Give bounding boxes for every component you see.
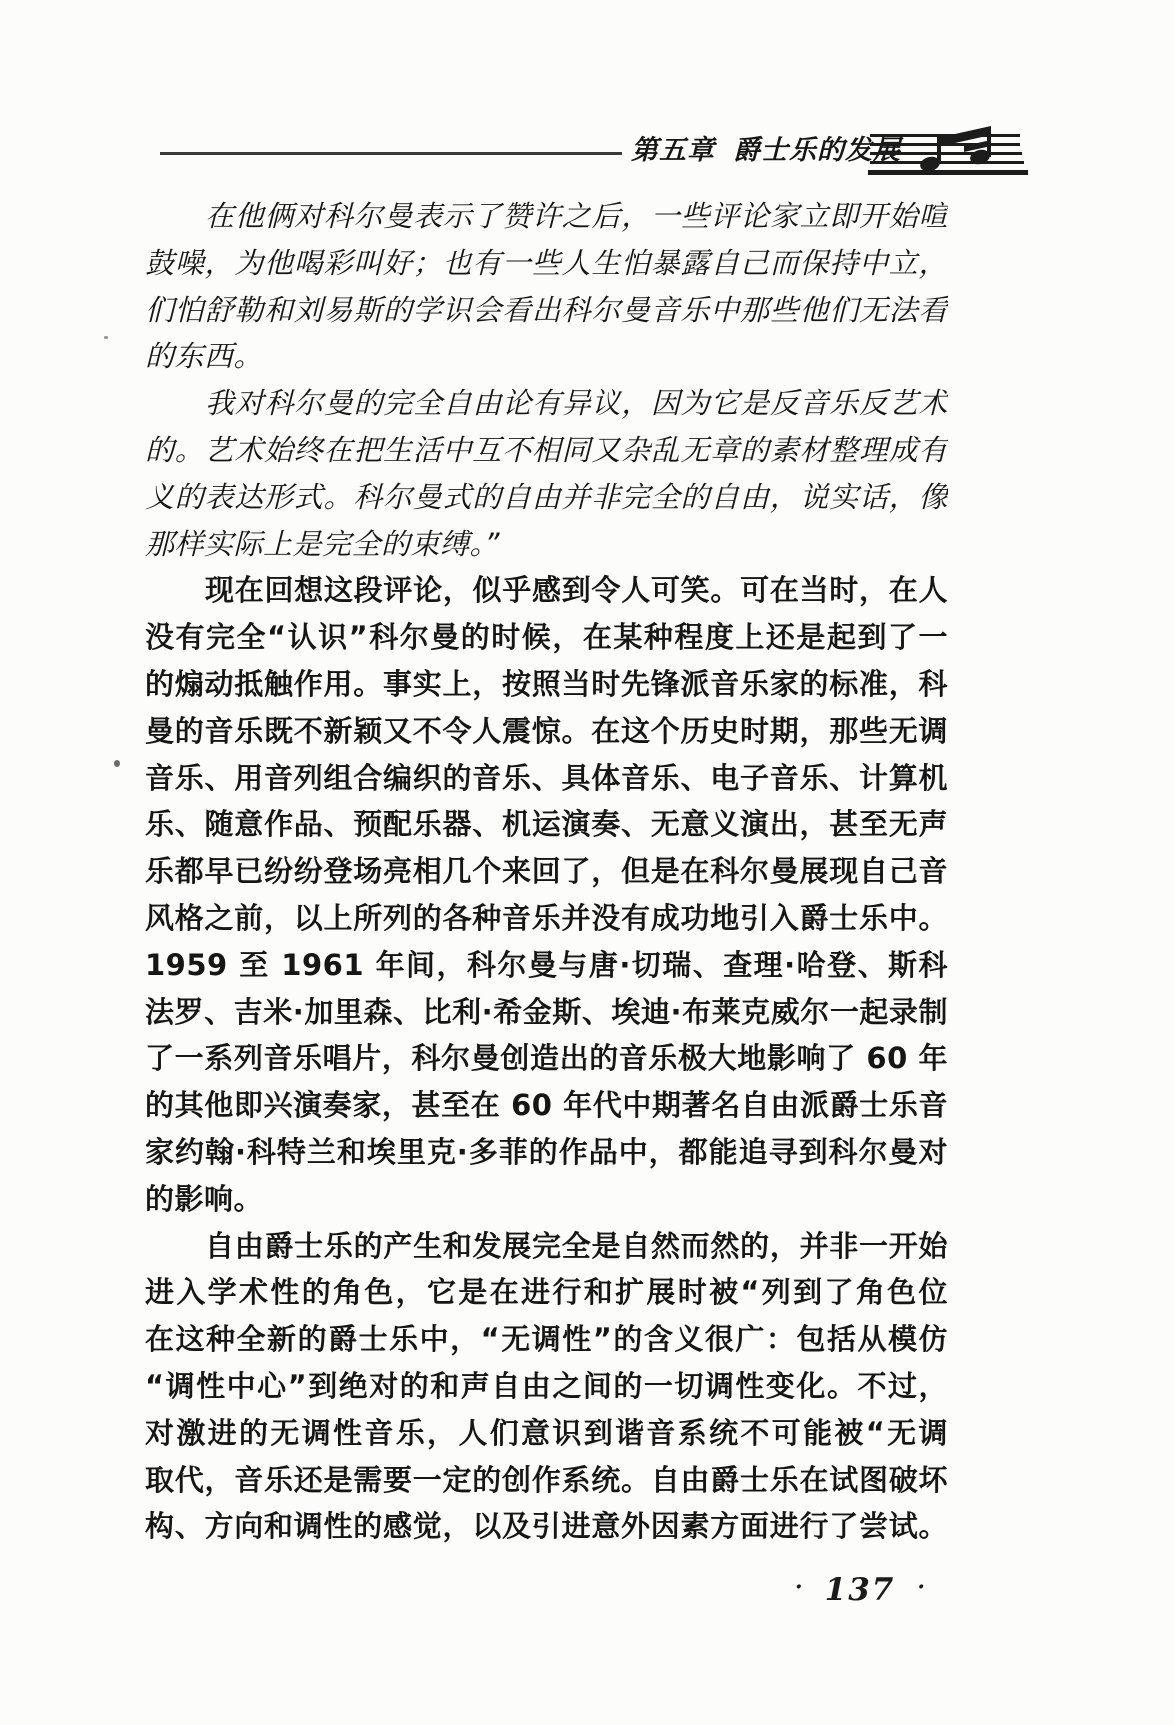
text-line: 的其他即兴演奏家，甚至在 60 年代中期著名自由派爵士乐音乐 [145, 1082, 948, 1129]
page-number-left-dot: · [795, 1574, 803, 1600]
music-staff-icon [868, 122, 1033, 182]
text-line: 1959 至 1961 年间，科尔曼与唐·切瑞、查理·哈登、斯科特·拉 [145, 942, 948, 989]
running-head: 第五章爵士乐的发展 [631, 128, 901, 167]
page-number-value: 137 [825, 1572, 896, 1608]
text-line: 在这种全新的爵士乐中，“无调性”的含义很广：包括从模仿 [145, 1316, 948, 1363]
text-line: 乐、随意作品、预配乐器、机运演奏、无意义演出，甚至无声音 [145, 801, 948, 848]
text-line: 的东西。 [145, 333, 948, 380]
body-paragraph-1: 现在回想这段评论，似乎感到令人可笑。可在当时，在人们 没有完全“认识”科尔曼的时… [145, 567, 948, 1222]
text-line: 取代，音乐还是需要一定的创作系统。自由爵士乐在试图破坏结 [145, 1457, 948, 1504]
text-line: 我对科尔曼的完全自由论有异议，因为它是反音乐反艺术 [145, 380, 948, 427]
text-line: 曼的音乐既不新颖又不令人震惊。在这个历史时期，那些无调性 [145, 708, 948, 755]
text-line: 自由爵士乐的产生和发展完全是自然而然的，并非一开始就 [145, 1223, 948, 1270]
text-line: 的影响。 [145, 1176, 948, 1223]
page-body: 在他俩对科尔曼表示了赞许之后，一些评论家立即开始喧嚣 鼓噪，为他喝彩叫好；也有一… [145, 193, 948, 1550]
body-paragraph-2: 自由爵士乐的产生和发展完全是自然而然的，并非一开始就 进入学术性的角色，它是在进… [145, 1223, 948, 1551]
text-line: 构、方向和调性的感觉，以及引进意外因素方面进行了尝试。它 [145, 1503, 948, 1550]
quote-paragraph-2: 我对科尔曼的完全自由论有异议，因为它是反音乐反艺术 的。艺术始终在把生活中互不相… [145, 380, 948, 567]
text-line: 在他俩对科尔曼表示了赞许之后，一些评论家立即开始喧嚣 [145, 193, 948, 240]
text-line: “调性中心”到绝对的和声自由之间的一切调性变化。不过，面 [145, 1363, 948, 1410]
text-line: 了一系列音乐唱片，科尔曼创造出的音乐极大地影响了 60 年代 [145, 1035, 948, 1082]
quote-paragraph-1: 在他俩对科尔曼表示了赞许之后，一些评论家立即开始喧嚣 鼓噪，为他喝彩叫好；也有一… [145, 193, 948, 380]
page-number-right-dot: · [917, 1574, 925, 1600]
text-line: 音乐、用音列组合编织的音乐、具体音乐、电子音乐、计算机音 [145, 755, 948, 802]
text-line: 那样实际上是完全的束缚。” [145, 521, 948, 568]
text-line: 乐都早已纷纷登场亮相几个来回了，但是在科尔曼展现自己音乐 [145, 848, 948, 895]
text-line: 的煽动抵触作用。事实上，按照当时先锋派音乐家的标准，科尔 [145, 661, 948, 708]
book-page: 第五章爵士乐的发展 [0, 0, 1174, 1725]
header-rule [160, 152, 622, 155]
text-line: 现在回想这段评论，似乎感到令人可笑。可在当时，在人们 [145, 567, 948, 614]
text-line: 进入学术性的角色，它是在进行和扩展时被“列到了角色位置”。 [145, 1269, 948, 1316]
text-line: 风格之前，以上所列的各种音乐并没有成功地引入爵士乐中。 [145, 895, 948, 942]
text-line: 的。艺术始终在把生活中互不相同又杂乱无章的素材整理成有意 [145, 427, 948, 474]
scan-artifact [104, 336, 108, 339]
chapter-label: 第五章 [631, 135, 715, 166]
text-line: 们怕舒勒和刘易斯的学识会看出科尔曼音乐中那些他们无法看出 [145, 287, 948, 334]
text-line: 法罗、吉米·加里森、比利·希金斯、埃迪·布莱克威尔一起录制 [145, 989, 948, 1036]
text-line: 家约翰·科特兰和埃里克·多菲的作品中，都能追寻到科尔曼对其 [145, 1129, 948, 1176]
text-line: 义的表达形式。科尔曼式的自由并非完全的自由，说实话，像它 [145, 474, 948, 521]
page-header: 第五章爵士乐的发展 [0, 122, 1174, 182]
page-number: ·137· [795, 1572, 925, 1608]
text-line: 对激进的无调性音乐，人们意识到谐音系统不可能被“无调性” [145, 1410, 948, 1457]
text-line: 没有完全“认识”科尔曼的时候，在某种程度上还是起到了一定 [145, 614, 948, 661]
text-line: 鼓噪，为他喝彩叫好；也有一些人生怕暴露自己而保持中立，他 [145, 240, 948, 287]
scan-artifact [114, 760, 120, 767]
